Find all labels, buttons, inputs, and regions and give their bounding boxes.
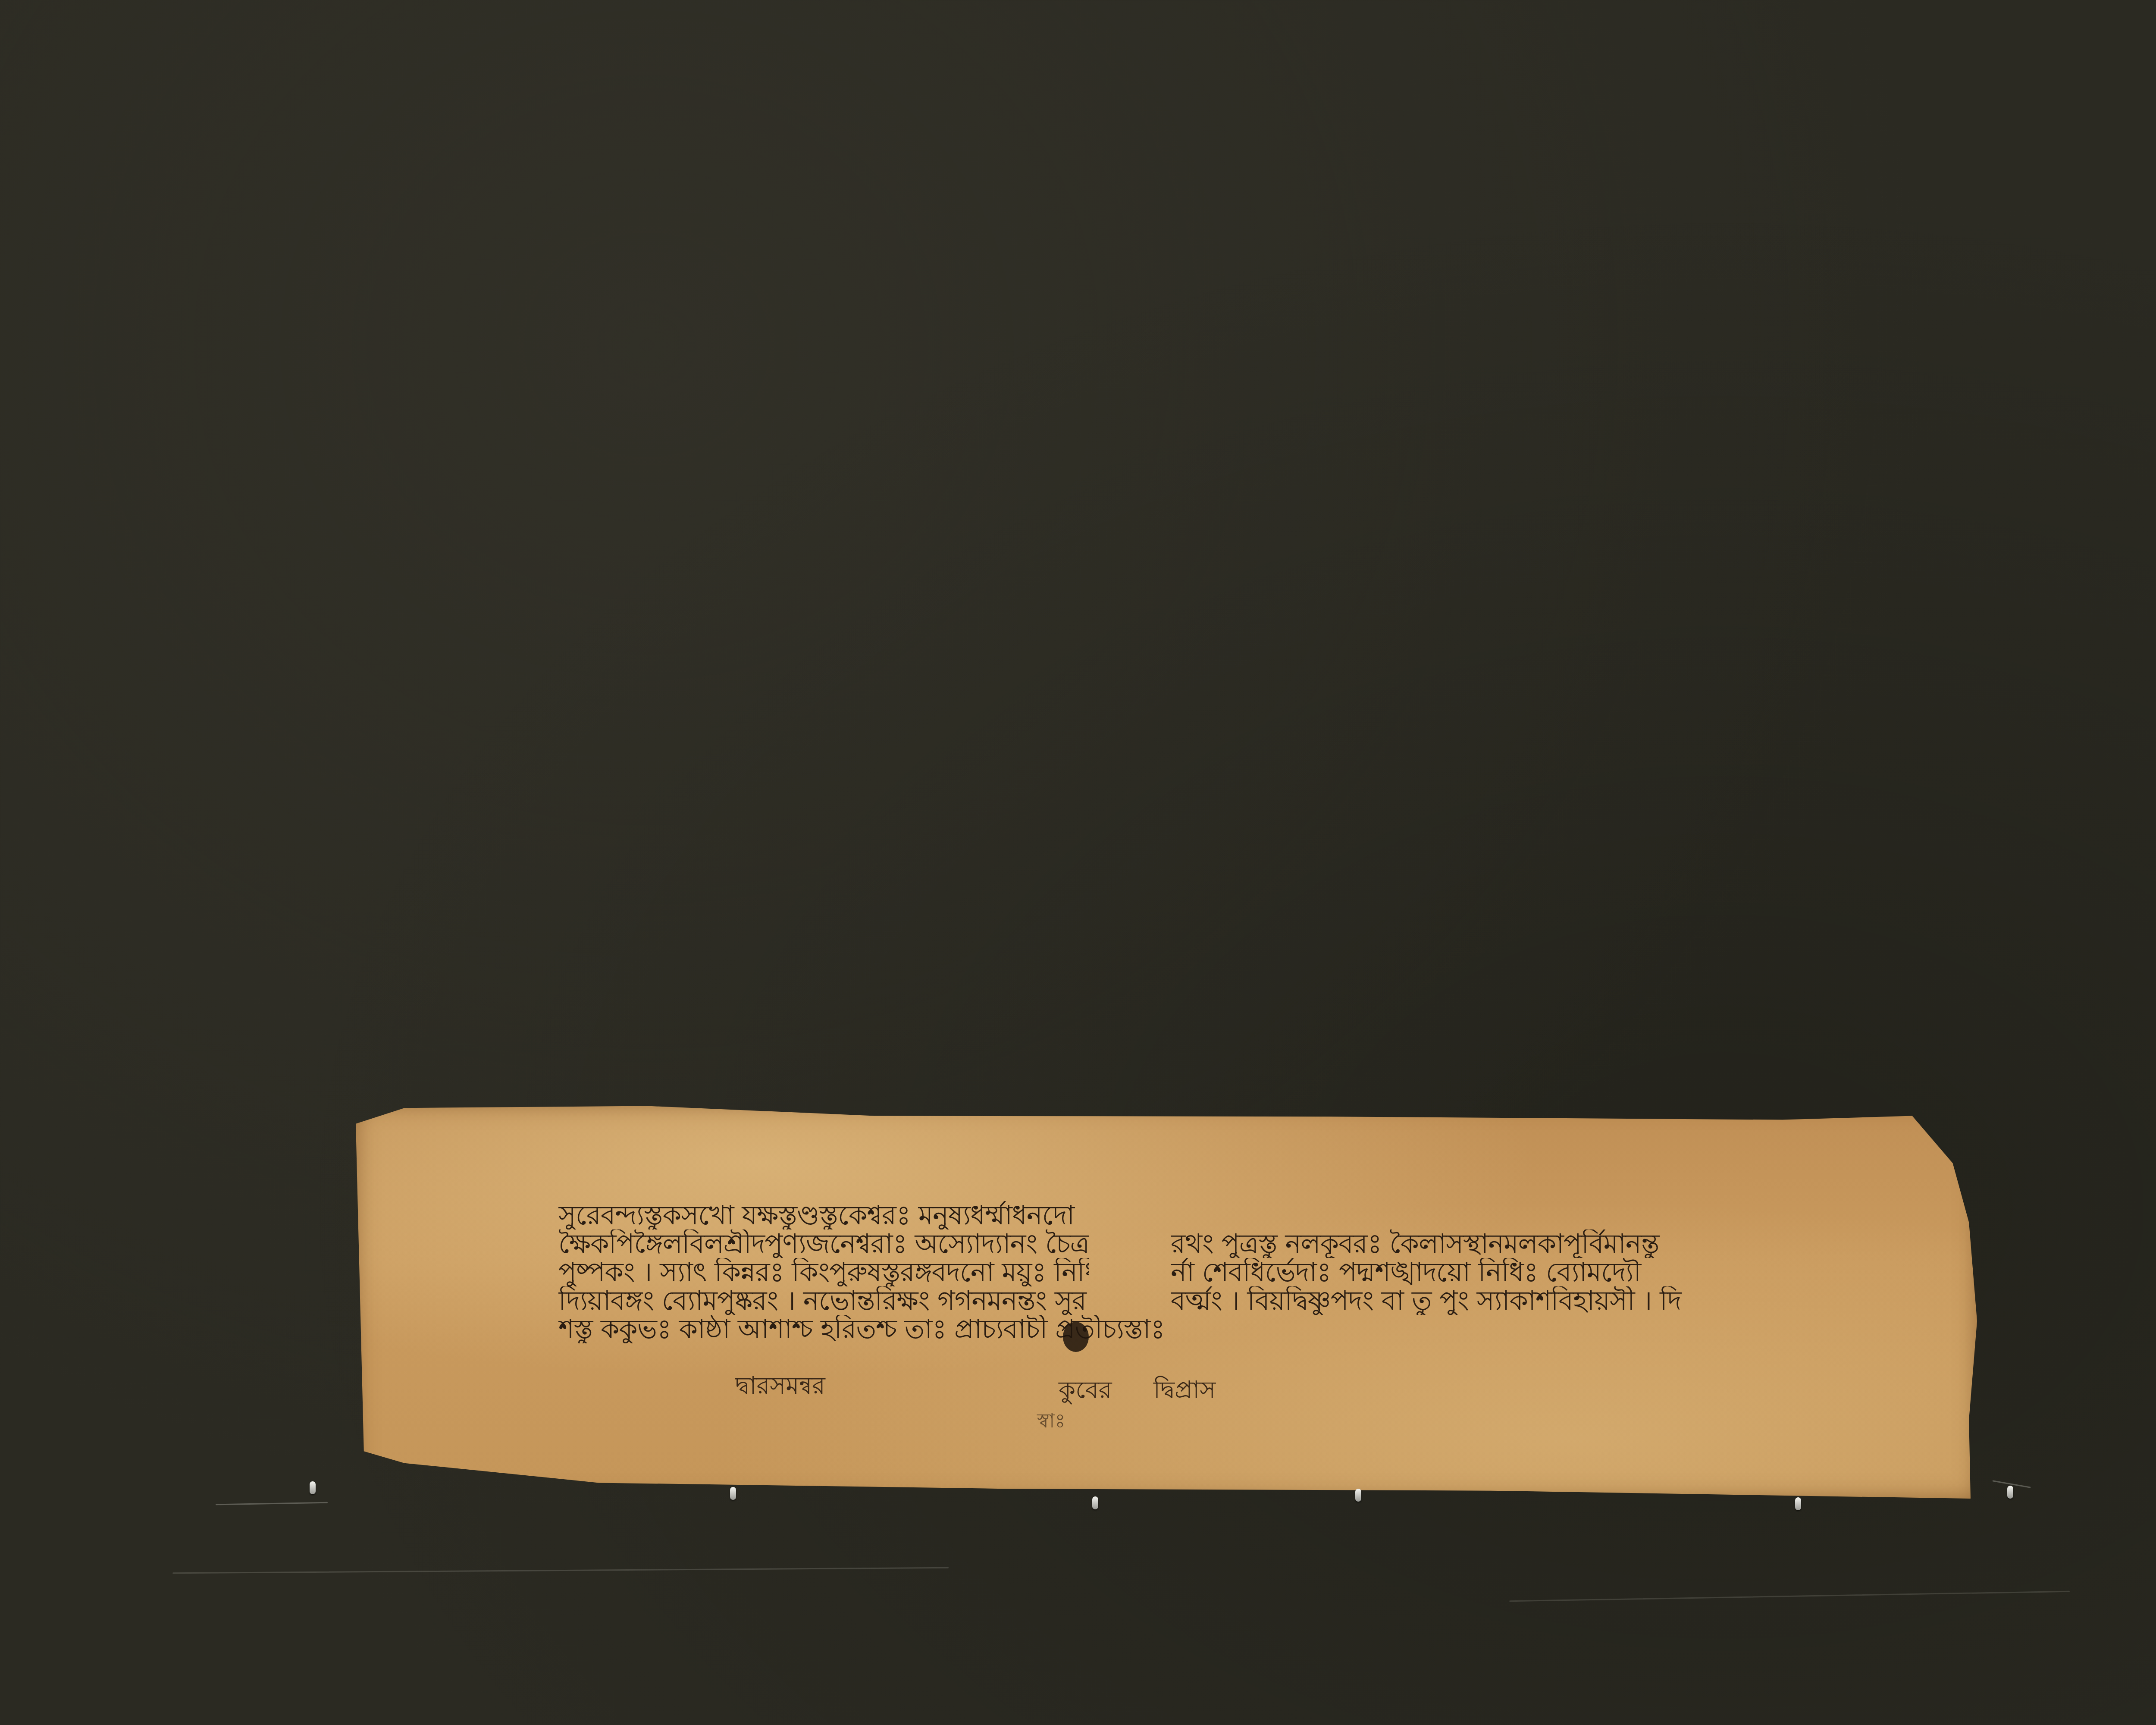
line-text: শস্তু ককুভঃ কাষ্ঠা আশাশ্চ হরিতশ্চ তাঃ প্… bbox=[558, 1315, 1705, 1343]
line-text: দ্যিয়াবঙ্গং ব্যোমপুষ্করং । নভোন্তরিক্ষং… bbox=[558, 1286, 1089, 1315]
mounting-pin bbox=[1355, 1489, 1361, 1502]
mount-thread bbox=[172, 1567, 949, 1574]
mounting-pin bbox=[310, 1481, 316, 1494]
marginal-note: স্বাঃ bbox=[1037, 1406, 1065, 1439]
line-text: র্না শেবধির্ভেদাঃ পদ্মশঙ্খাদয়ো নিধিঃ ব্… bbox=[1171, 1258, 1705, 1286]
manuscript-line: ক্ষৈকপিঙ্গৈলবিলশ্রীদপুণ্যজনেশ্বরাঃ অস্যো… bbox=[558, 1229, 1705, 1258]
marginal-note: দ্বারসমন্বর bbox=[735, 1367, 825, 1408]
manuscript-line: শস্তু ককুভঃ কাষ্ঠা আশাশ্চ হরিতশ্চ তাঃ প্… bbox=[558, 1315, 1705, 1343]
manuscript-line: দ্যিয়াবঙ্গং ব্যোমপুষ্করং । নভোন্তরিক্ষং… bbox=[558, 1286, 1705, 1315]
line-text: বর্ত্মং । বিয়দ্বিষ্ণুপদং বা তু পুং স্যা… bbox=[1171, 1286, 1705, 1315]
manuscript-leaf: সুরেবন্দ্যস্তুকসখো যক্ষস্তুণ্ডস্তুকেশ্বর… bbox=[356, 1104, 1977, 1499]
line-text: ক্ষৈকপিঙ্গৈলবিলশ্রীদপুণ্যজনেশ্বরাঃ অস্যো… bbox=[558, 1229, 1089, 1258]
marginal-note: দ্বিপ্রাস bbox=[1153, 1371, 1216, 1412]
mounting-pin bbox=[730, 1487, 736, 1500]
marginal-note: কুবের bbox=[1059, 1371, 1112, 1412]
line-text: পুষ্পকং । স্যাৎ কিন্নরঃ কিংপুরুষস্তুরঙ্গ… bbox=[558, 1258, 1089, 1286]
mount-thread bbox=[1509, 1591, 2070, 1602]
manuscript-line: পুষ্পকং । স্যাৎ কিন্নরঃ কিংপুরুষস্তুরঙ্গ… bbox=[558, 1258, 1705, 1286]
manuscript-text: সুরেবন্দ্যস্তুকসখো যক্ষস্তুণ্ডস্তুকেশ্বর… bbox=[558, 1201, 1705, 1343]
ink-blot bbox=[1063, 1322, 1089, 1352]
photo-background: { "scene": { "subject": "Bengali script … bbox=[0, 0, 2156, 1725]
line-text: সুরেবন্দ্যস্তুকসখো যক্ষস্তুণ্ডস্তুকেশ্বর… bbox=[558, 1201, 1705, 1229]
mounting-pin bbox=[1795, 1497, 1801, 1510]
manuscript-line: সুরেবন্দ্যস্তুকসখো যক্ষস্তুণ্ডস্তুকেশ্বর… bbox=[558, 1201, 1705, 1229]
mounting-pin bbox=[1092, 1496, 1098, 1509]
line-text: রথং পুত্রস্তু নলকূবরঃ কৈলাসস্থানমলকাপূর্… bbox=[1171, 1229, 1705, 1258]
mounting-pin bbox=[2007, 1486, 2013, 1499]
mount-thread bbox=[216, 1502, 328, 1505]
